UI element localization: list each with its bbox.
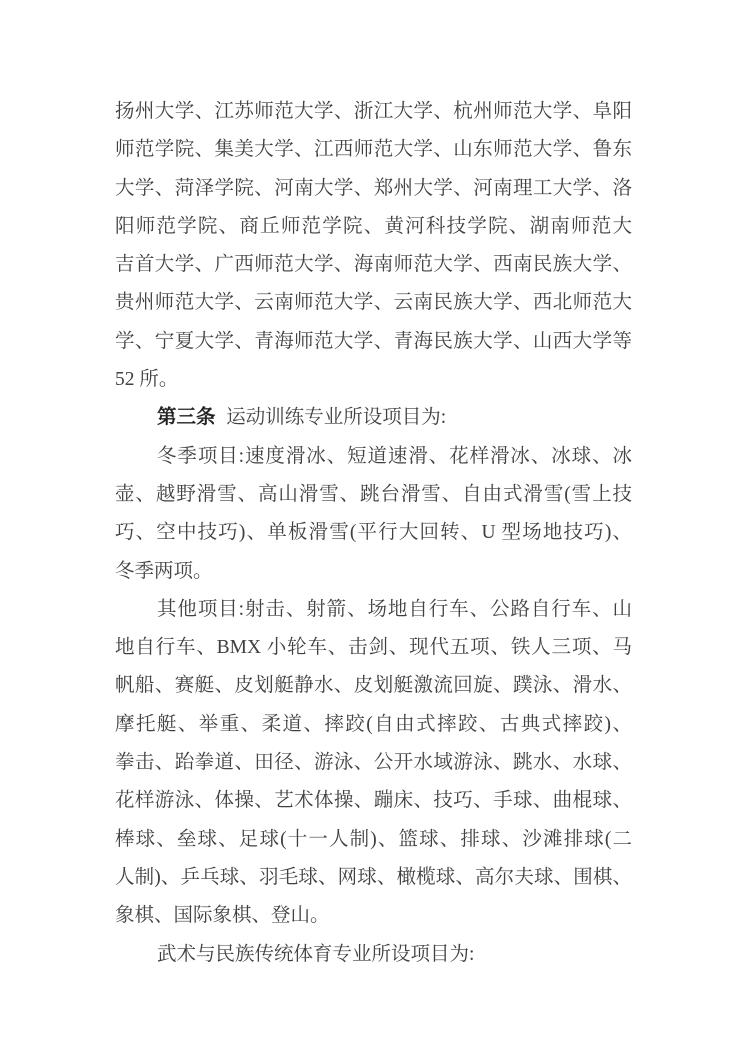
text-line: 巧、空中技巧)、单板滑雪(平行大回转、U 型场地技巧)、	[115, 514, 632, 552]
text-line: 帆船、赛艇、皮划艇静水、皮划艇激流回旋、蹼泳、滑水、	[115, 667, 632, 705]
text-line: 52 所。	[115, 361, 632, 399]
text-line: 地自行车、BMX 小轮车、击剑、现代五项、铁人三项、马术、	[115, 629, 632, 667]
article-number-bold: 第三条	[157, 407, 216, 428]
text-line: 人制)、乒乓球、羽毛球、网球、橄榄球、高尔夫球、围棋、	[115, 859, 632, 897]
text-line: 花样游泳、体操、艺术体操、蹦床、技巧、手球、曲棍球、	[115, 782, 632, 820]
text-line: 吉首大学、广西师范大学、海南师范大学、西南民族大学、	[115, 246, 632, 284]
text-line: 拳击、跆拳道、田径、游泳、公开水域游泳、跳水、水球、	[115, 744, 632, 782]
text-line: 第三条运动训练专业所设项目为:	[115, 399, 632, 437]
text-line: 武术与民族传统体育专业所设项目为:	[115, 936, 632, 974]
text-line: 冬季两项。	[115, 553, 632, 591]
document-page: 扬州大学、江苏师范大学、浙江大学、杭州师范大学、阜阳师范学院、集美大学、江西师范…	[0, 0, 745, 1053]
text-line: 冬季项目:速度滑冰、短道速滑、花样滑冰、冰球、冰	[115, 438, 632, 476]
text-line: 其他项目:射击、射箭、场地自行车、公路自行车、山	[115, 591, 632, 629]
text-line: 阳师范学院、商丘师范学院、黄河科技学院、湖南师范大学、	[115, 208, 632, 246]
text-line: 学、宁夏大学、青海师范大学、青海民族大学、山西大学等	[115, 323, 632, 361]
text-line: 扬州大学、江苏师范大学、浙江大学、杭州师范大学、阜阳	[115, 93, 632, 131]
text-line: 摩托艇、举重、柔道、摔跤(自由式摔跤、古典式摔跤)、	[115, 706, 632, 744]
text-line: 象棋、国际象棋、登山。	[115, 897, 632, 935]
text-line: 壶、越野滑雪、高山滑雪、跳台滑雪、自由式滑雪(雪上技	[115, 476, 632, 514]
text-line: 棒球、垒球、足球(十一人制)、篮球、排球、沙滩排球(二	[115, 821, 632, 859]
text-line: 大学、菏泽学院、河南大学、郑州大学、河南理工大学、洛	[115, 170, 632, 208]
text-line: 贵州师范大学、云南师范大学、云南民族大学、西北师范大	[115, 284, 632, 322]
text-line: 师范学院、集美大学、江西师范大学、山东师范大学、鲁东	[115, 131, 632, 169]
document-body: 扬州大学、江苏师范大学、浙江大学、杭州师范大学、阜阳师范学院、集美大学、江西师范…	[115, 93, 632, 974]
